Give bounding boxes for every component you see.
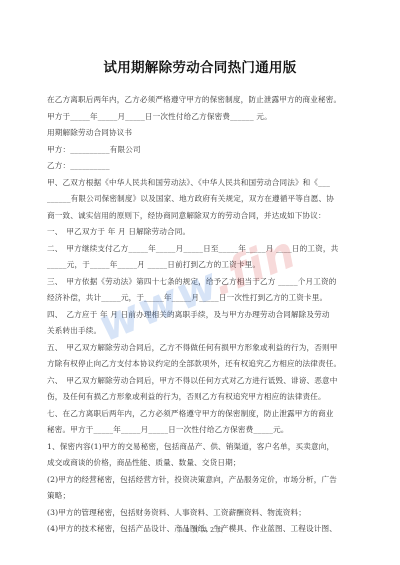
body-line: 经济补偿，共计_____元，于_____年_____月_____日一次性打到乙方… (47, 290, 354, 307)
body-line: 秘密。甲方于_____年_____月_____日一次性付给乙方保密费_____元… (47, 422, 354, 439)
body-line: 商一致、诚实信用的原则下，经协商同意解除双方的劳动合同，并达成如下协议： (47, 208, 354, 225)
body-line: 关系转出手续。 (47, 323, 354, 340)
body-line: ______有限公司保密制度》以及国家、地方政府有关规定，双方在遵循平等自愿、协 (47, 191, 354, 208)
body-line: 甲方：__________有限公司 (47, 142, 354, 159)
document-title: 试用期解除劳动合同热门通用版 (0, 56, 400, 76)
body-line: 方除有权停止向乙方支付本协议约定的全部款项外，还有权追究乙方相应的法律责任。 (47, 356, 354, 373)
body-line: 乙方：__________ (47, 158, 354, 175)
body-line: 二、 甲方继续支付乙方_____年_____月_____日至_____年____… (47, 241, 354, 258)
body-line: (2)甲方的经营秘密，包括经营方针，投资决策意向，产品服务定价，市场分析，广告 (47, 472, 354, 489)
body-line: 三、 甲方依据《劳动法》第四十七条的规定，给予乙方相当于乙方 _____个月工资… (47, 274, 354, 291)
body-line: 一、 甲乙双方于 年 月 日解除劳动合同。 (47, 224, 354, 241)
body-line: 用期解除劳动合同协议书 (47, 125, 354, 142)
body-line: 伤，及任何有损乙方形象或利益的行为，否则乙方有权追究甲方相应的法律责任。 (47, 389, 354, 406)
document-body: 在乙方离职后两年内，乙方必须严格遵守甲方的保密制度，防止泄露甲方的商业秘密。 甲… (47, 92, 354, 538)
body-line: 五、 甲乙双方解除劳动合同后，乙方不得做任何有损甲方形象或利益的行为，否则甲 (47, 340, 354, 357)
body-line: 策略； (47, 488, 354, 505)
body-line: 在乙方离职后两年内，乙方必须严格遵守甲方的保密制度，防止泄露甲方的商业秘密。 (47, 92, 354, 109)
document-page: 试用期解除劳动合同热门通用版 在乙方离职后两年内，乙方必须严格遵守甲方的保密制度… (0, 0, 400, 565)
body-line: _____元，于_____年_____月 _____日前打到乙方的工资卡里。 (47, 257, 354, 274)
body-line: (3)甲方的管理秘密，包括财务资料、人事资料、工资薪酬资料、物流资料； (47, 505, 354, 522)
body-line: 1、保密内容(1)甲方的交易秘密，包括商品产、供、销渠道，客户名单，买卖意向， (47, 439, 354, 456)
body-line: 甲方于_____年_____月_____日一次性付给乙方保密费______ 元。 (47, 109, 354, 126)
page-number: 第 1 页 共 2 页 (0, 525, 400, 534)
body-line: 成交或商谈的价格，商品性能、质量、数量、交货日期； (47, 455, 354, 472)
body-line: 甲、乙双方根据《中华人民共和国劳动法》、《中华人民共和国劳动合同法》和《___ (47, 175, 354, 192)
body-line: 七、在乙方离职后两年内，乙方必须严格遵守甲方的保密制度，防止泄露甲方的商业 (47, 406, 354, 423)
body-line: 六、 甲乙双方解除劳动合同后，甲方不得以任何方式对乙方进行诋毁、诽谤、恶意中 (47, 373, 354, 390)
body-line: 四、 乙方应于 年 月 日前办理相关的离职手续，及与甲方办理劳动合同解除及劳动 (47, 307, 354, 324)
